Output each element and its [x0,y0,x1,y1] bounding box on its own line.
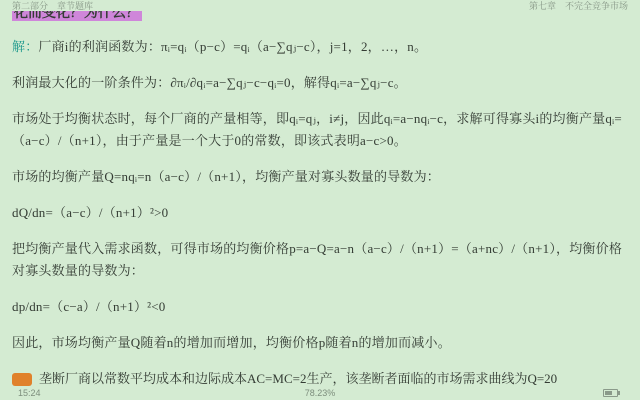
reading-progress: 78.23% [0,387,640,399]
user-highlight[interactable]: 化而变化？为什么？ [12,11,142,21]
solution-formula-dQdn: dQ/dn=（a−c）/（n+1）²>0 [12,202,628,224]
battery-icon [603,389,618,397]
page-content: 化而变化？为什么？ 解：厂商i的利润函数为：πᵢ=qᵢ（p−c）=qᵢ（a−∑q… [12,11,628,387]
page-header: 第二部分 章节题库 第七章 不完全竞争市场 [12,1,628,11]
reading-viewport[interactable]: 化而变化？为什么？ 解：厂商i的利润函数为：πᵢ=qᵢ（p−c）=qᵢ（a−∑q… [12,11,628,387]
header-chapter-title: 第七章 不完全竞争市场 [529,1,628,11]
solution-intro-text: 厂商i的利润函数为：πᵢ=qᵢ（p−c）=qᵢ（a−∑qⱼ−c），j=1，2，…… [38,39,427,54]
solution-conclusion: 因此，市场均衡产量Q随着n的增加而增加，均衡价格p随着n的增加而减小。 [12,332,628,354]
question-tag-icon [12,373,32,386]
solution-intro-line: 解：厂商i的利润函数为：πᵢ=qᵢ（p−c）=qᵢ（a−∑qⱼ−c），j=1，2… [12,36,628,58]
header-section-title: 第二部分 章节题库 [12,1,93,11]
solution-formula-dpdn: dp/dn=（c−a）/（n+1）²<0 [12,296,628,318]
solution-paragraph: 把均衡产量代入需求函数，可得市场的均衡价格p=a−Q=a−n（a−c）/（n+1… [12,238,628,282]
status-bar: 15:24 78.23% [0,387,640,400]
solution-label: 解： [12,39,38,54]
solution-paragraph: 利润最大化的一阶条件为：∂πᵢ/∂qᵢ=a−∑qⱼ−c−qᵢ=0，解得qᵢ=a−… [12,72,628,94]
next-question-text: 垄断厂商以常数平均成本和边际成本AC=MC=2生产，该垄断者面临的市场需求曲线为… [39,368,557,387]
next-question-line: 垄断厂商以常数平均成本和边际成本AC=MC=2生产，该垄断者面临的市场需求曲线为… [12,368,628,387]
solution-paragraph: 市场处于均衡状态时，每个厂商的产量相等，即qᵢ=qⱼ，i≠j，因此qᵢ=a−nq… [12,108,628,152]
ebook-reader-page[interactable]: 第二部分 章节题库 第七章 不完全竞争市场 化而变化？为什么？ 解：厂商i的利润… [0,0,640,400]
question-text-line: 化而变化？为什么？ [12,11,628,24]
battery-level [605,391,612,395]
solution-paragraph: 市场的均衡产量Q=nqᵢ=n（a−c）/（n+1），均衡产量对寡头数量的导数为： [12,166,628,188]
